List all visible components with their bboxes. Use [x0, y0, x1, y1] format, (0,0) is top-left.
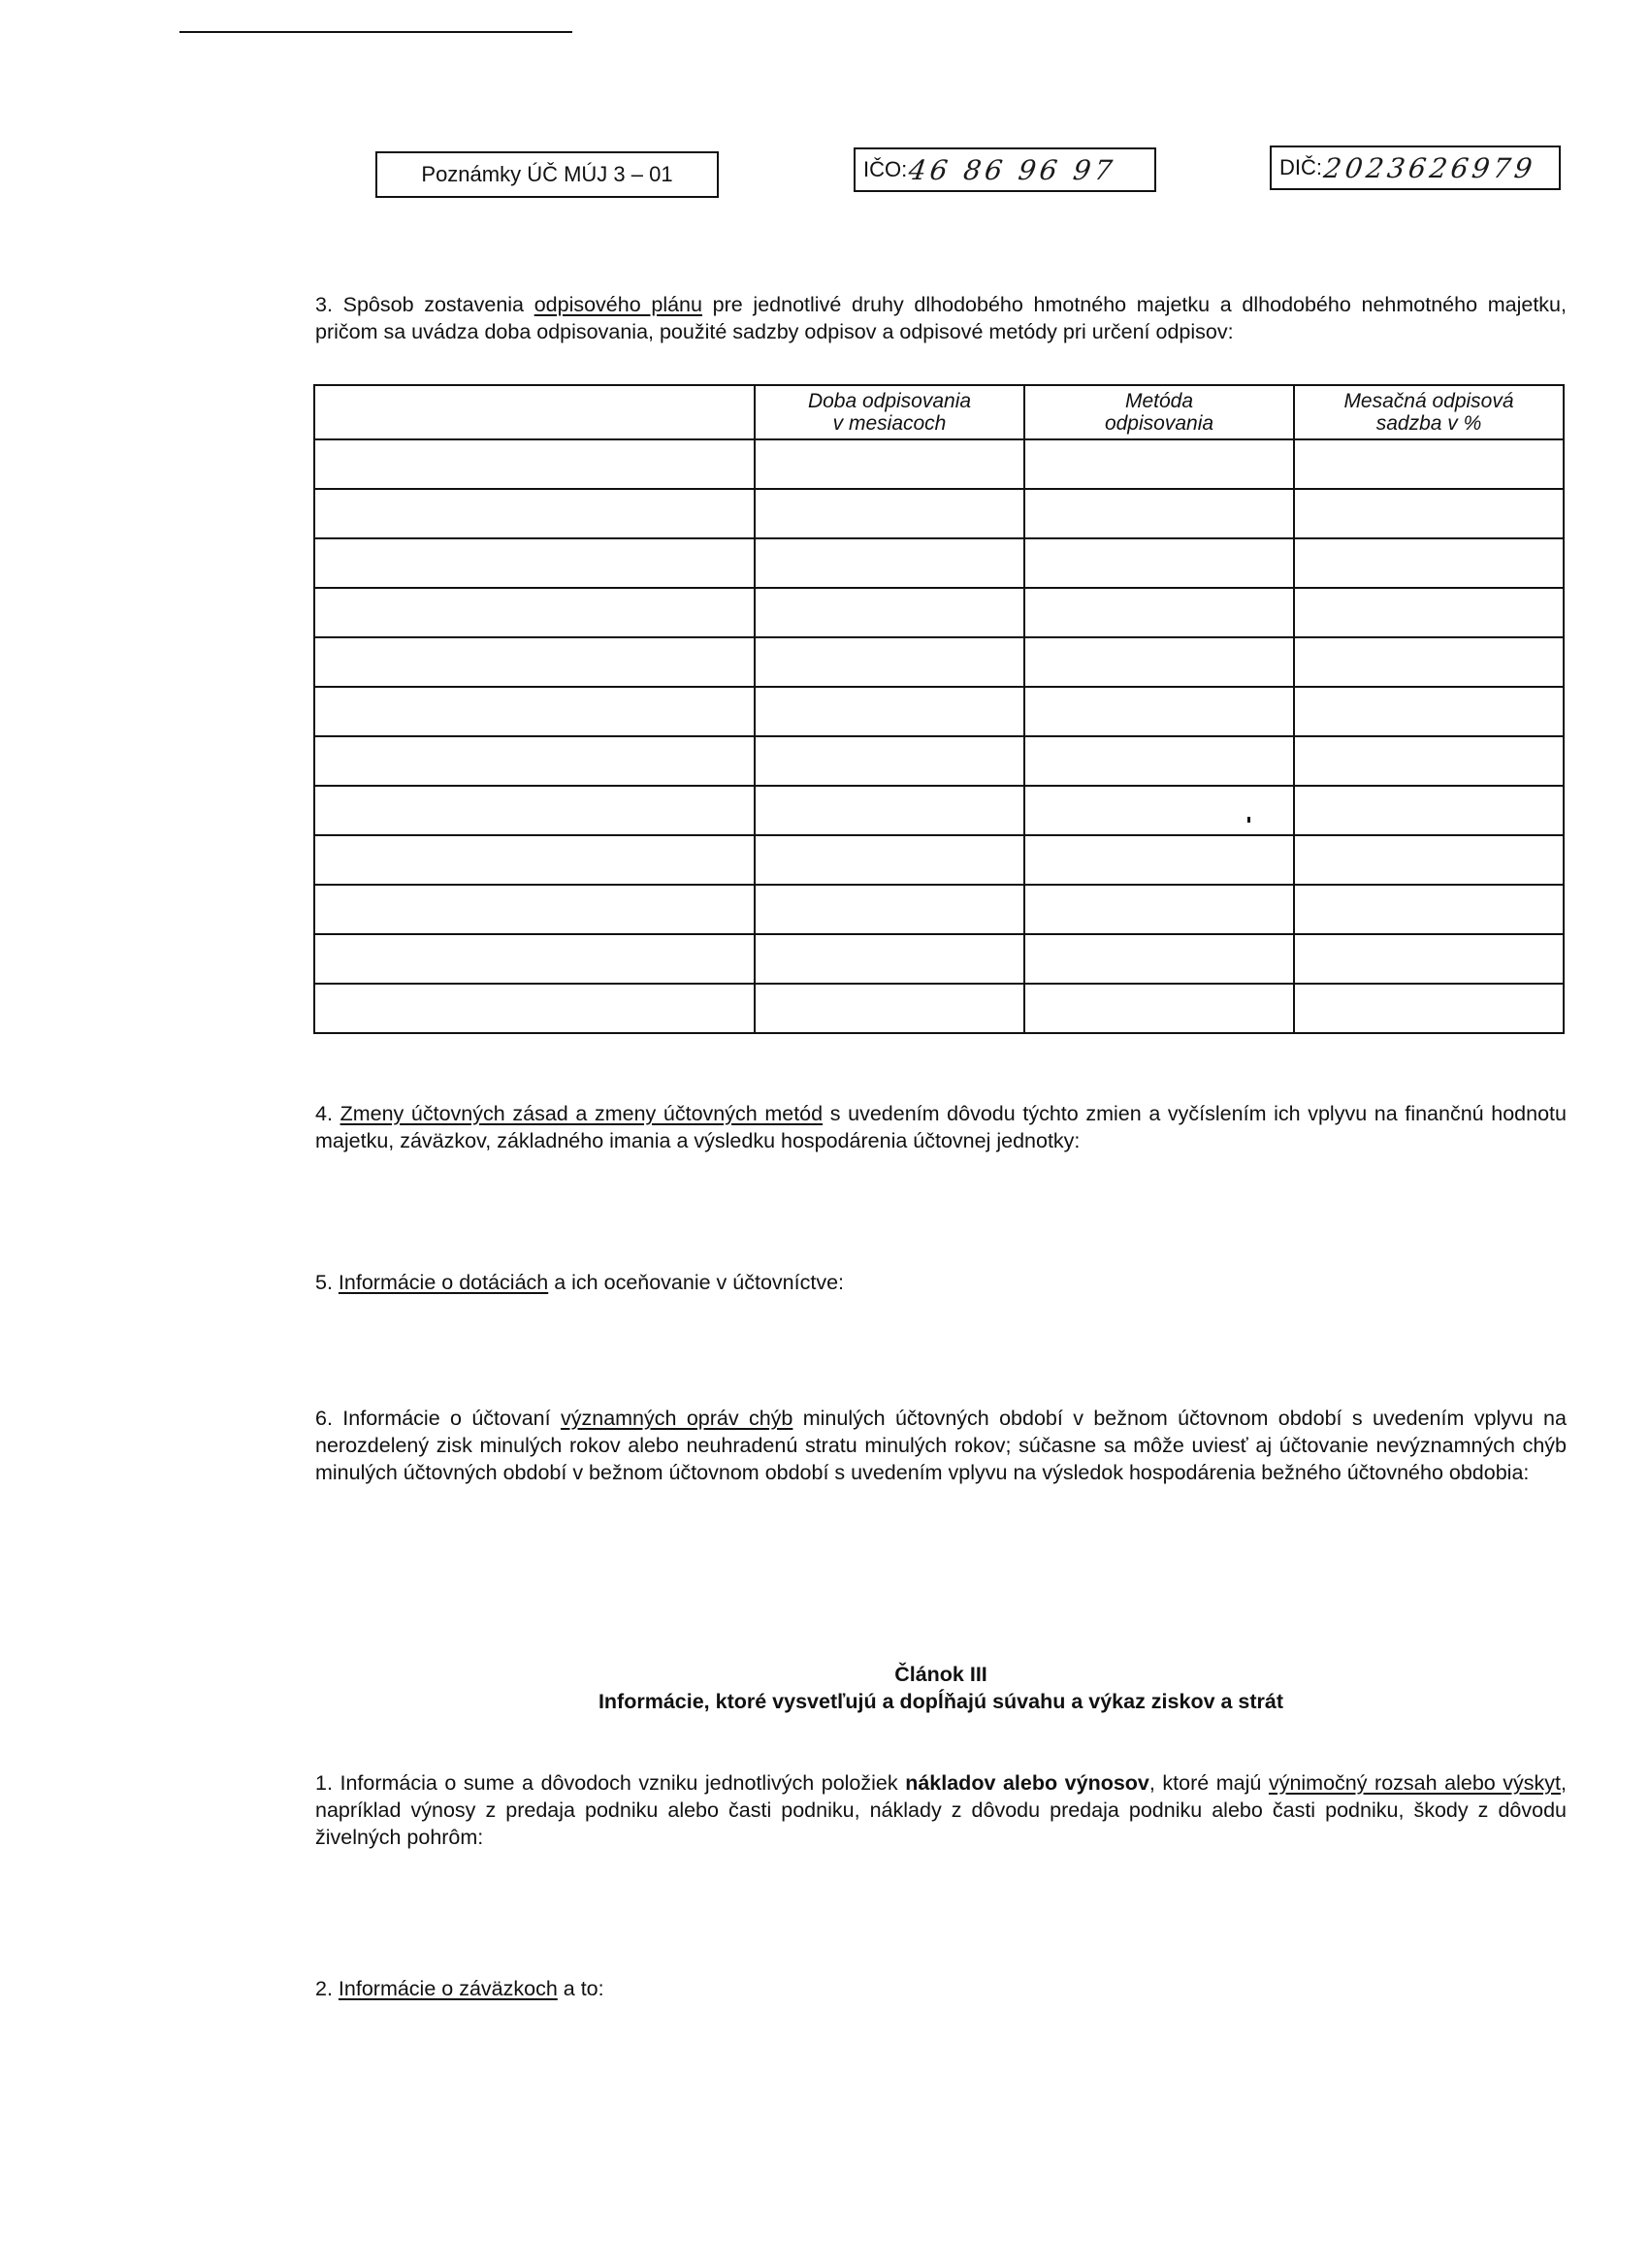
table-cell[interactable]: [314, 588, 755, 637]
table-row: [314, 588, 1564, 637]
table-row: [314, 984, 1564, 1033]
table-cell[interactable]: [755, 934, 1024, 984]
table-cell[interactable]: [1024, 489, 1294, 538]
table-cell[interactable]: [1024, 934, 1294, 984]
table-cell[interactable]: [1294, 736, 1564, 786]
section-4-text: 4. Zmeny účtovných zásad a zmeny účtovný…: [315, 1100, 1567, 1154]
table-cell[interactable]: [1024, 687, 1294, 736]
table-cell[interactable]: [755, 885, 1024, 934]
section-4-underlined-term: Zmeny účtovných zásad a zmeny účtovných …: [340, 1102, 824, 1125]
table-row: [314, 637, 1564, 687]
table-row: [314, 489, 1564, 538]
section-3-text: 3. Spôsob zostavenia odpisového plánu pr…: [315, 291, 1567, 345]
section-3-number: 3.: [315, 293, 333, 316]
table-cell[interactable]: [755, 489, 1024, 538]
table-cell[interactable]: [314, 835, 755, 885]
section-5-body: a ich oceňovanie v účtovníctve:: [554, 1271, 844, 1294]
dic-value[interactable]: 2023626979: [1322, 152, 1538, 184]
ico-box[interactable]: IČO: 46 86 96 97: [854, 147, 1156, 192]
table-cell[interactable]: [1024, 637, 1294, 687]
table-cell[interactable]: [1294, 984, 1564, 1033]
table-row: [314, 835, 1564, 885]
article-3-item-1-underlined-term: výnimočný rozsah alebo výskyt: [1269, 1771, 1561, 1795]
article-3-item-2-underlined-term: Informácie o záväzkoch: [339, 1977, 558, 2000]
table-cell[interactable]: [1024, 588, 1294, 637]
table-cell[interactable]: [755, 786, 1024, 835]
table-header-row: Doba odpisovaniav mesiacoch Metódaodpiso…: [314, 385, 1564, 439]
column-header-depreciation-period: Doba odpisovaniav mesiacoch: [755, 385, 1024, 439]
ico-value[interactable]: 46 86 96 97: [907, 154, 1118, 186]
table-row: [314, 934, 1564, 984]
table-cell[interactable]: [755, 736, 1024, 786]
table-cell[interactable]: [314, 489, 755, 538]
article-3-item-2-text: 2. Informácie o záväzkoch a to:: [315, 1975, 1567, 2002]
table-cell[interactable]: [755, 687, 1024, 736]
table-cell[interactable]: [314, 934, 755, 984]
form-code-box: Poznámky ÚČ MÚJ 3 – 01: [375, 151, 719, 198]
dic-label: DIČ:: [1279, 155, 1322, 180]
table-cell[interactable]: [1294, 489, 1564, 538]
table-cell[interactable]: [1294, 687, 1564, 736]
article-3-item-1-number: 1.: [315, 1771, 333, 1795]
table-cell[interactable]: [755, 538, 1024, 588]
table-row: [314, 439, 1564, 489]
article-3-item-2-body: a to:: [564, 1977, 604, 2000]
table-row: [314, 538, 1564, 588]
table-cell[interactable]: [314, 439, 755, 489]
section-6-underlined-term: významných opráv chýb: [561, 1407, 792, 1430]
article-3-title: Článok III: [315, 1661, 1567, 1688]
table-cell[interactable]: [1294, 637, 1564, 687]
table-cell[interactable]: [1294, 439, 1564, 489]
column-header-monthly-rate: Mesačná odpisovásadzba v %: [1294, 385, 1564, 439]
section-6-lead: Informácie o účtovaní: [342, 1407, 550, 1430]
scan-speck: [1247, 817, 1250, 823]
table-cell[interactable]: [314, 885, 755, 934]
section-5-number: 5.: [315, 1271, 333, 1294]
table-cell[interactable]: [1294, 835, 1564, 885]
table-cell[interactable]: [755, 835, 1024, 885]
table-cell[interactable]: [1024, 885, 1294, 934]
table-cell[interactable]: [1294, 538, 1564, 588]
table-row: [314, 885, 1564, 934]
section-3-lead: Spôsob zostavenia: [343, 293, 524, 316]
table-cell[interactable]: [755, 984, 1024, 1033]
section-6-text: 6. Informácie o účtovaní významných oprá…: [315, 1405, 1567, 1486]
section-5-text: 5. Informácie o dotáciách a ich oceňovan…: [315, 1269, 1567, 1296]
article-3-item-1-text: 1. Informácia o sume a dôvodoch vzniku j…: [315, 1769, 1567, 1851]
table-cell[interactable]: [1294, 934, 1564, 984]
table-cell[interactable]: [1024, 538, 1294, 588]
form-code: Poznámky ÚČ MÚJ 3 – 01: [421, 162, 672, 187]
table-cell[interactable]: [314, 736, 755, 786]
article-3-item-1-lead: Informácia o sume a dôvodoch vzniku jedn…: [340, 1771, 898, 1795]
table-cell[interactable]: [755, 588, 1024, 637]
section-5-underlined-term: Informácie o dotáciách: [339, 1271, 548, 1294]
section-3-underlined-term: odpisového plánu: [534, 293, 702, 316]
section-6-number: 6.: [315, 1407, 333, 1430]
table-cell[interactable]: [1294, 885, 1564, 934]
table-cell[interactable]: [1024, 439, 1294, 489]
depreciation-plan-table: Doba odpisovaniav mesiacoch Metódaodpiso…: [313, 384, 1565, 1034]
table-cell[interactable]: [1024, 984, 1294, 1033]
table-cell[interactable]: [314, 538, 755, 588]
column-header-asset-type: [314, 385, 755, 439]
table-row: [314, 736, 1564, 786]
table-cell[interactable]: [314, 786, 755, 835]
table-cell[interactable]: [1024, 835, 1294, 885]
table-row: [314, 687, 1564, 736]
table-cell[interactable]: [314, 687, 755, 736]
article-3-item-2-number: 2.: [315, 1977, 333, 2000]
table-cell[interactable]: [755, 637, 1024, 687]
table-cell[interactable]: [1024, 736, 1294, 786]
table-row: [314, 786, 1564, 835]
dic-box[interactable]: DIČ: 2023626979: [1270, 146, 1561, 190]
table-cell[interactable]: [1294, 588, 1564, 637]
table-cell[interactable]: [314, 984, 755, 1033]
table-cell[interactable]: [314, 637, 755, 687]
column-header-depreciation-method: Metódaodpisovania: [1024, 385, 1294, 439]
table-cell[interactable]: [755, 439, 1024, 489]
ico-label: IČO:: [863, 157, 907, 182]
table-cell[interactable]: [1024, 786, 1294, 835]
top-rule-divider: [179, 31, 572, 33]
section-4-number: 4.: [315, 1102, 333, 1125]
article-3-item-1-bold-term: nákladov alebo výnosov: [905, 1771, 1149, 1795]
article-3-subtitle: Informácie, ktoré vysvetľujú a dopĺňajú …: [315, 1688, 1567, 1715]
table-cell[interactable]: [1294, 786, 1564, 835]
article-3-item-1-middle: , ktoré majú: [1149, 1771, 1261, 1795]
